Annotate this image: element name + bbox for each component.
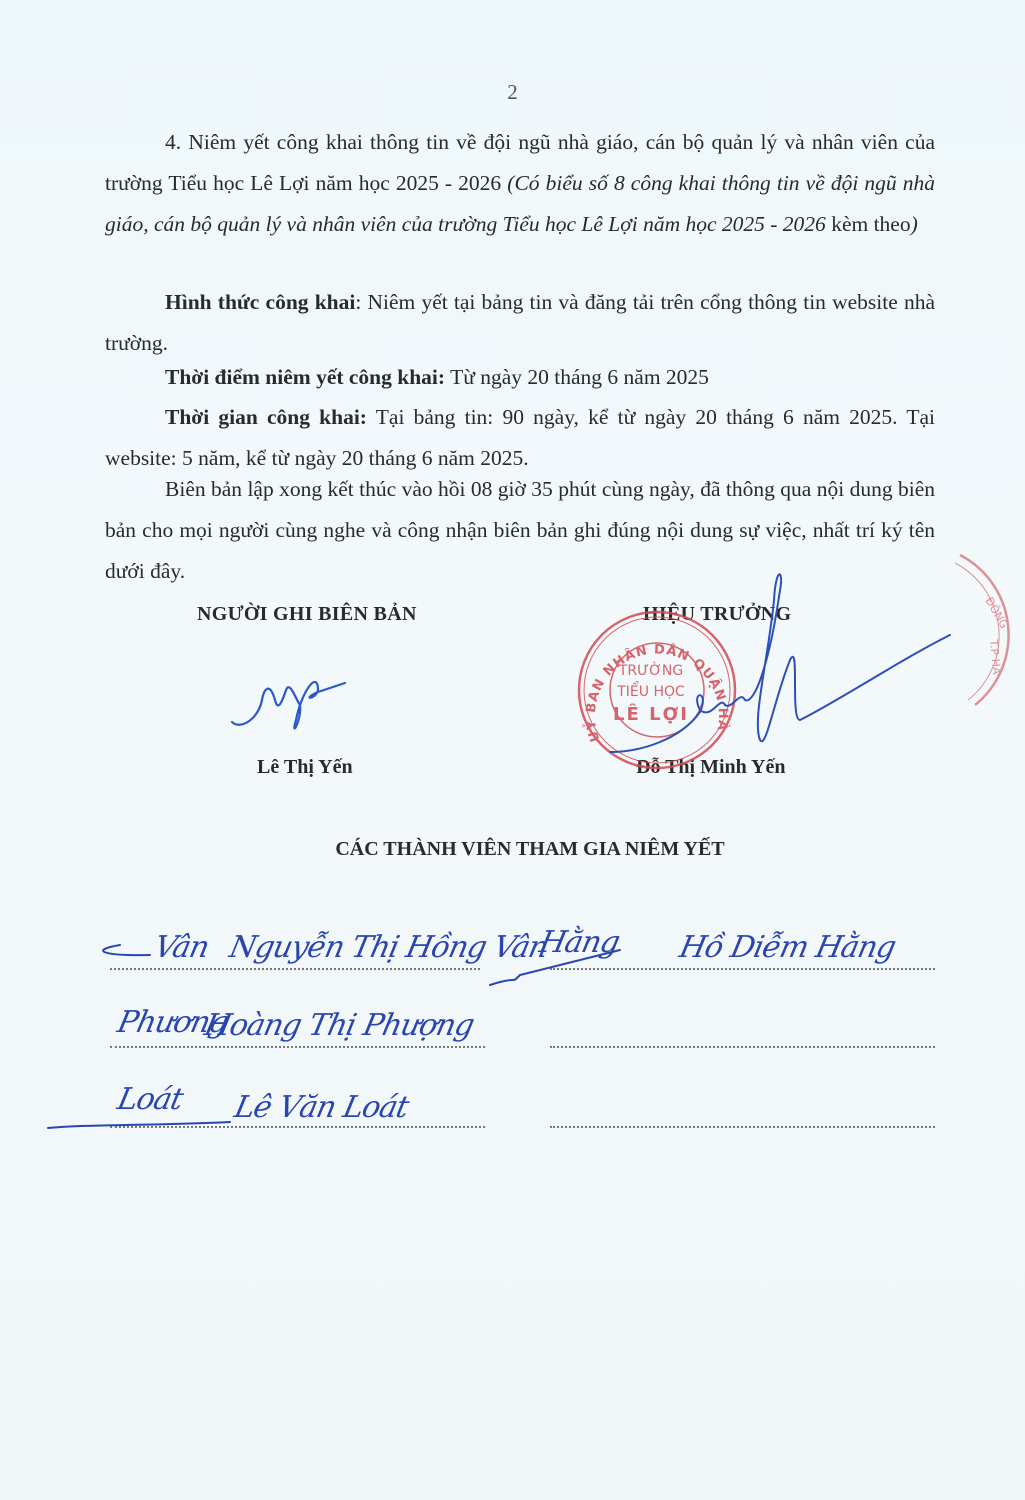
svg-text:T.P HÀ: T.P HÀ [987, 638, 1003, 675]
stamp-line3: LÊ LỢI [613, 703, 689, 725]
posting-time-value: Từ ngày 20 tháng 6 năm 2025 [445, 365, 709, 389]
member-line [110, 1046, 485, 1048]
recorder-title: NGƯỜI GHI BIÊN BẢN [197, 603, 417, 626]
member-line [550, 968, 935, 970]
stamp-line1: TRƯỜNG [618, 661, 683, 679]
member-line [110, 1126, 485, 1128]
disclosure-form-label: Hình thức công khai [165, 290, 355, 314]
disclosure-form-paragraph: Hình thức công khai: Niêm yết tại bảng t… [105, 282, 935, 364]
principal-title: HIỆU TRƯỞNG [643, 603, 791, 626]
principal-signature [610, 574, 950, 752]
recorder-signature [232, 682, 345, 728]
member-name: Nguyễn Thị Hồng Vân [226, 930, 551, 965]
member-line-empty [550, 1126, 935, 1128]
section-4-paragraph: 4. Niêm yết công khai thông tin về đội n… [105, 122, 935, 245]
member-line-empty [550, 1046, 935, 1048]
page-number: 2 [0, 80, 1025, 105]
member-signature: Hằng [536, 925, 622, 960]
posting-time-label: Thời điểm niêm yết công khai: [165, 365, 445, 389]
member-line [110, 968, 480, 970]
disclosure-period-label: Thời gian công khai: [165, 405, 367, 429]
stamp-line2: TIỂU HỌC [616, 681, 685, 700]
section-4-note-close: ) [911, 212, 918, 236]
section-4-note-tail: kèm theo [831, 212, 910, 236]
partial-stamp: ĐÔNG T.P HÀ [955, 555, 1011, 705]
posting-time-paragraph: Thời điểm niêm yết công khai: Từ ngày 20… [105, 357, 935, 398]
members-title: CÁC THÀNH VIÊN THAM GIA NIÊM YẾT [0, 838, 1025, 861]
recorder-name: Lê Thị Yến [257, 756, 353, 779]
closing-paragraph: Biên bản lập xong kết thúc vào hồi 08 gi… [105, 469, 935, 592]
member-name: Lê Văn Loát [231, 1090, 411, 1125]
disclosure-period-paragraph: Thời gian công khai: Tại bảng tin: 90 ng… [105, 397, 935, 479]
member-name: Hồ Diễm Hằng [676, 930, 898, 965]
member-signature: Loát [114, 1082, 185, 1117]
principal-name: Đỗ Thị Minh Yến [636, 756, 785, 779]
svg-text:ĐÔNG: ĐÔNG [982, 595, 1010, 631]
member-signature: Vân [151, 930, 212, 965]
member-name: Hoàng Thị Phượng [201, 1008, 477, 1043]
